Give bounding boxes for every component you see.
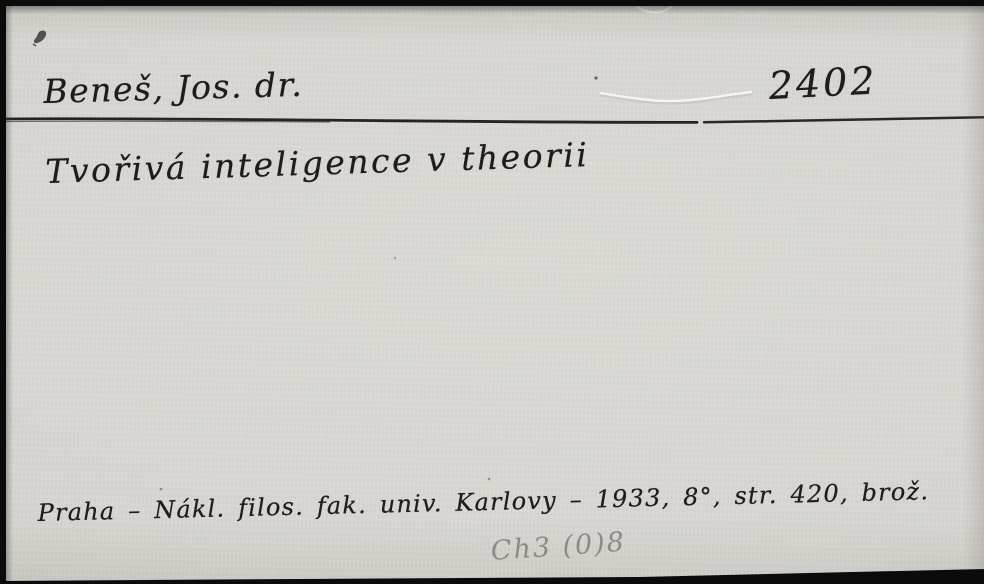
left-edge-shadow: [6, 0, 13, 584]
right-edge-shadow: [962, 0, 984, 584]
stray-dot: [160, 488, 163, 491]
stray-dot: [394, 257, 396, 259]
ruled-line-left-segment: [0, 119, 697, 123]
paper-crease-shadow: [600, 95, 752, 104]
author-name: Beneš, Jos. dr.: [43, 65, 304, 111]
paper-crease: [600, 92, 752, 101]
scan-edge-top: [0, 0, 984, 6]
ruled-line-right-segment: [704, 117, 984, 122]
scanned-catalog-card: Beneš, Jos. dr. 2402 Tvořivá inteligence…: [0, 0, 984, 584]
catalog-number: 2402: [768, 58, 879, 108]
ink-speck: [34, 31, 46, 44]
top-edge-shadow: [0, 6, 984, 14]
pencil-shelfmark: Ch3 (0)8: [490, 527, 627, 567]
stray-dot: [594, 76, 597, 79]
imprint-line: Praha – Nákl. filos. fak. univ. Karlovy …: [37, 477, 929, 527]
ink-speck-tail: [33, 44, 36, 46]
scan-edge-left: [0, 0, 6, 584]
card-title: Tvořivá inteligence v theorii: [45, 135, 590, 191]
stray-dot: [488, 478, 491, 481]
ruled-line-doubling: [0, 121, 330, 122]
